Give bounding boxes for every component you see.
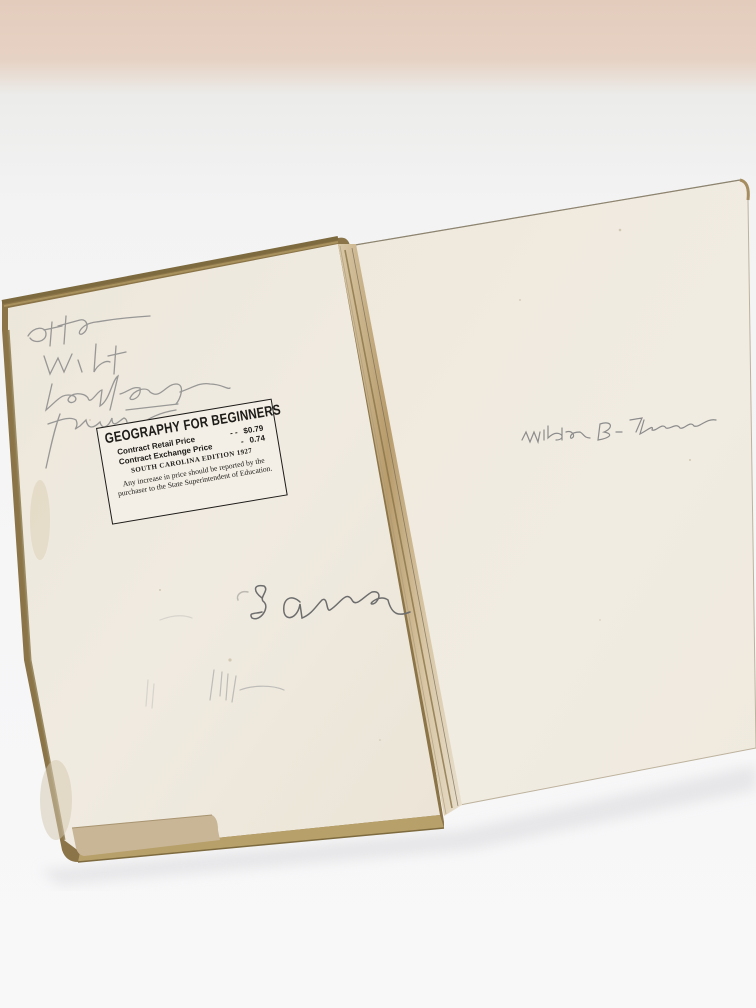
photo-scene: GEOGRAPHY FOR BEGINNERS Contract Retail … [0, 0, 756, 1008]
